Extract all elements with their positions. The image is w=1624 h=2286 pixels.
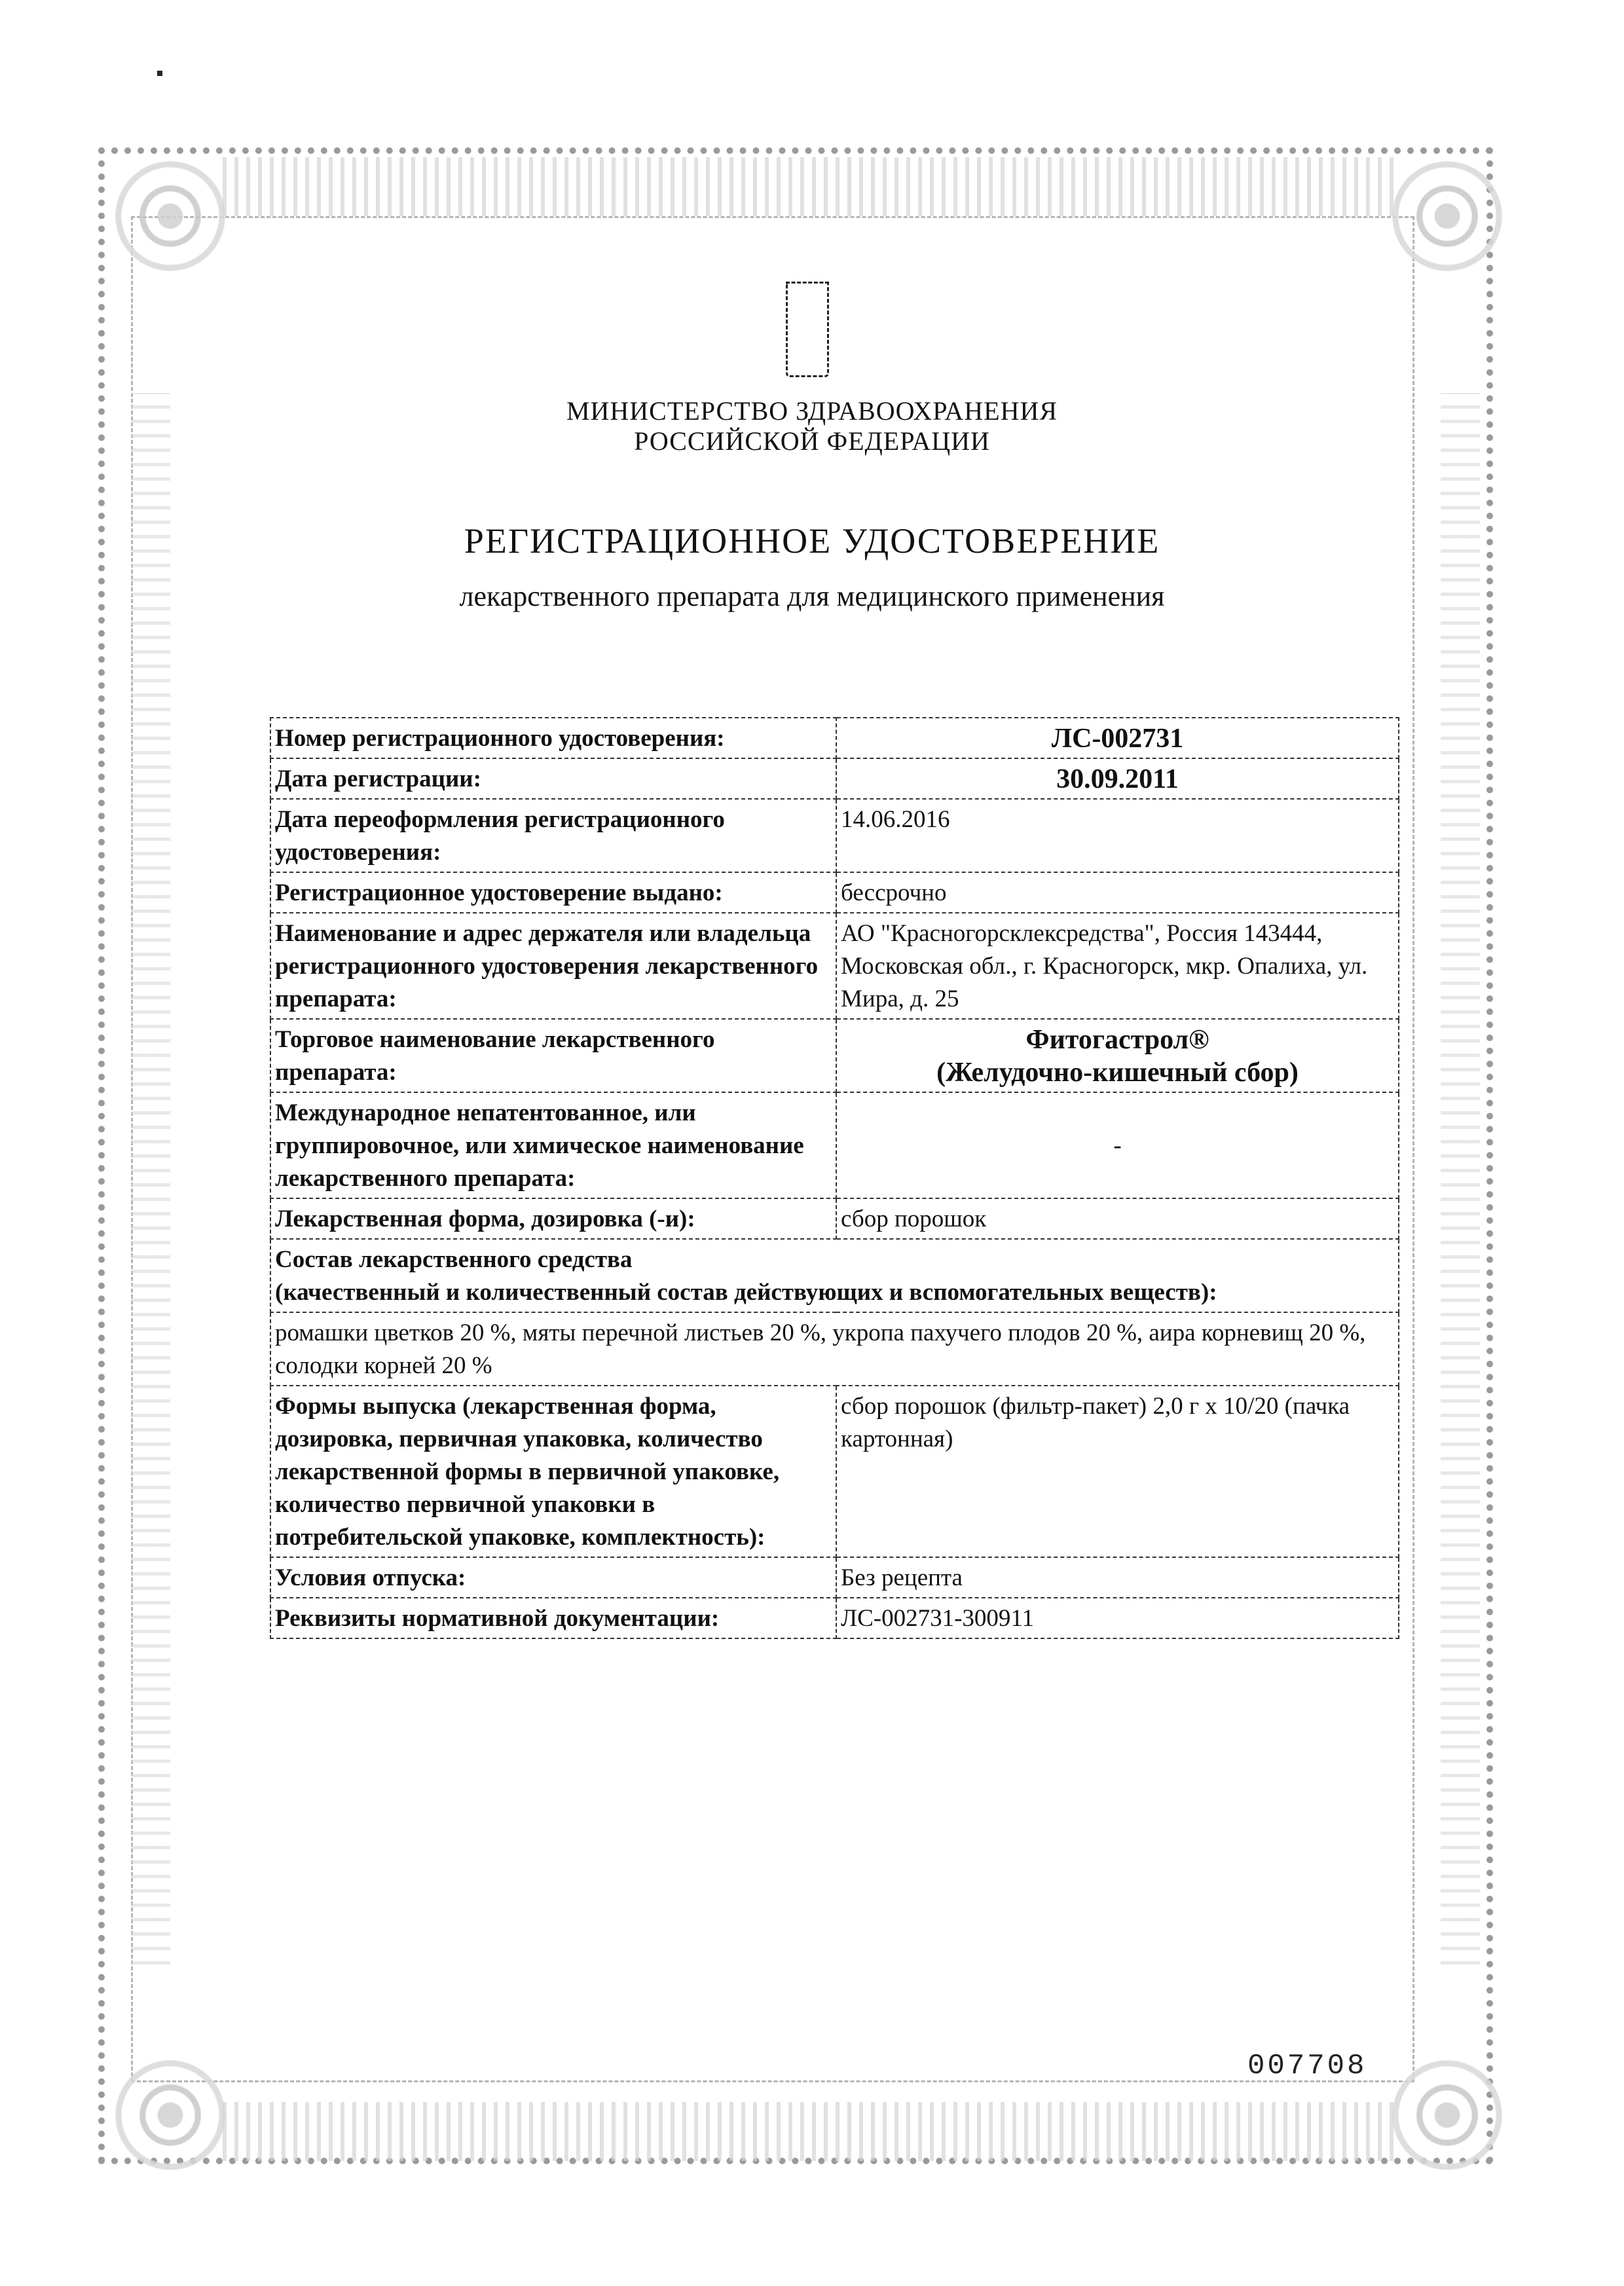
trade-name: Фитогастрол® (Желудочно-кишечный сбор): [836, 1019, 1399, 1092]
row-label: Реквизиты нормативной документации:: [270, 1598, 836, 1638]
reissue-date: 14.06.2016: [836, 799, 1399, 872]
ministry-name: МИНИСТЕРСТВО ЗДРАВООХРАНЕНИЯ РОССИЙСКОЙ …: [0, 396, 1624, 456]
table-row: Наименование и адрес держателя или владе…: [270, 913, 1399, 1019]
serial-number: 007708: [1247, 2050, 1367, 2082]
row-label: Номер регистрационного удостоверения:: [270, 718, 836, 758]
table-row: Регистрационное удостоверение выдано: бе…: [270, 872, 1399, 913]
ministry-line-2: РОССИЙСКОЙ ФЕДЕРАЦИИ: [0, 426, 1624, 456]
corner-ornament-top-left: [85, 131, 255, 301]
normative-doc-ref: ЛС-002731-300911: [836, 1598, 1399, 1638]
top-guilloche-band: [223, 157, 1401, 216]
registration-number: ЛС-002731: [836, 718, 1399, 758]
row-label: Международное непатентованное, или групп…: [270, 1092, 836, 1198]
row-label: Наименование и адрес держателя или владе…: [270, 913, 836, 1019]
registration-table: Номер регистрационного удостоверения: ЛС…: [270, 717, 1399, 1639]
composition-value: ромашки цветков 20 %, мяты перечной лист…: [270, 1312, 1399, 1386]
holder-name-address: АО "Красногорсклексредства", Россия 1434…: [836, 913, 1399, 1019]
row-label: Дата регистрации:: [270, 758, 836, 799]
release-forms: сбор порошок (фильтр-пакет) 2,0 г х 10/2…: [836, 1386, 1399, 1557]
inn-name: -: [836, 1092, 1399, 1198]
trade-name-line-1: Фитогастрол®: [841, 1023, 1394, 1056]
document-title: РЕГИСТРАЦИОННОЕ УДОСТОВЕРЕНИЕ: [0, 521, 1624, 561]
scan-speck: [157, 71, 162, 76]
row-label: Регистрационное удостоверение выдано:: [270, 872, 836, 913]
table-row: Условия отпуска: Без рецепта: [270, 1557, 1399, 1598]
table-row: Дата переоформления регистрационного удо…: [270, 799, 1399, 872]
row-label: Лекарственная форма, дозировка (-и):: [270, 1198, 836, 1239]
table-row: Торговое наименование лекарственного пре…: [270, 1019, 1399, 1092]
document-subtitle: лекарственного препарата для медицинског…: [0, 580, 1624, 613]
table-row: Дата регистрации: 30.09.2011: [270, 758, 1399, 799]
corner-ornament-top-right: [1362, 131, 1532, 301]
table-row: Состав лекарственного средства (качестве…: [270, 1239, 1399, 1312]
row-label: Условия отпуска:: [270, 1557, 836, 1598]
row-label: Торговое наименование лекарственного пре…: [270, 1019, 836, 1092]
left-guilloche-band: [131, 393, 170, 1964]
table-row: Номер регистрационного удостоверения: ЛС…: [270, 718, 1399, 758]
table-row: Реквизиты нормативной документации: ЛС-0…: [270, 1598, 1399, 1638]
row-label: Дата переоформления регистрационного удо…: [270, 799, 836, 872]
right-guilloche-band: [1441, 393, 1480, 1964]
table-row: Формы выпуска (лекарственная форма, дози…: [270, 1386, 1399, 1557]
table-row: Лекарственная форма, дозировка (-и): сбо…: [270, 1198, 1399, 1239]
table-row: Международное непатентованное, или групп…: [270, 1092, 1399, 1198]
bottom-guilloche-band: [223, 2102, 1401, 2161]
validity: бессрочно: [836, 872, 1399, 913]
coat-of-arms-icon: [786, 282, 829, 377]
table-row: ромашки цветков 20 %, мяты перечной лист…: [270, 1312, 1399, 1386]
composition-label: Состав лекарственного средства: [275, 1244, 1394, 1276]
dosage-form: сбор порошок: [836, 1198, 1399, 1239]
trade-name-line-2: (Желудочно-кишечный сбор): [841, 1056, 1394, 1089]
registration-date: 30.09.2011: [836, 758, 1399, 799]
row-label: Формы выпуска (лекарственная форма, дози…: [270, 1386, 836, 1557]
ministry-line-1: МИНИСТЕРСТВО ЗДРАВООХРАНЕНИЯ: [0, 396, 1624, 426]
composition-label-detail: (качественный и количественный состав де…: [275, 1276, 1394, 1309]
composition-header: Состав лекарственного средства (качестве…: [270, 1239, 1399, 1312]
dispensing-conditions: Без рецепта: [836, 1557, 1399, 1598]
